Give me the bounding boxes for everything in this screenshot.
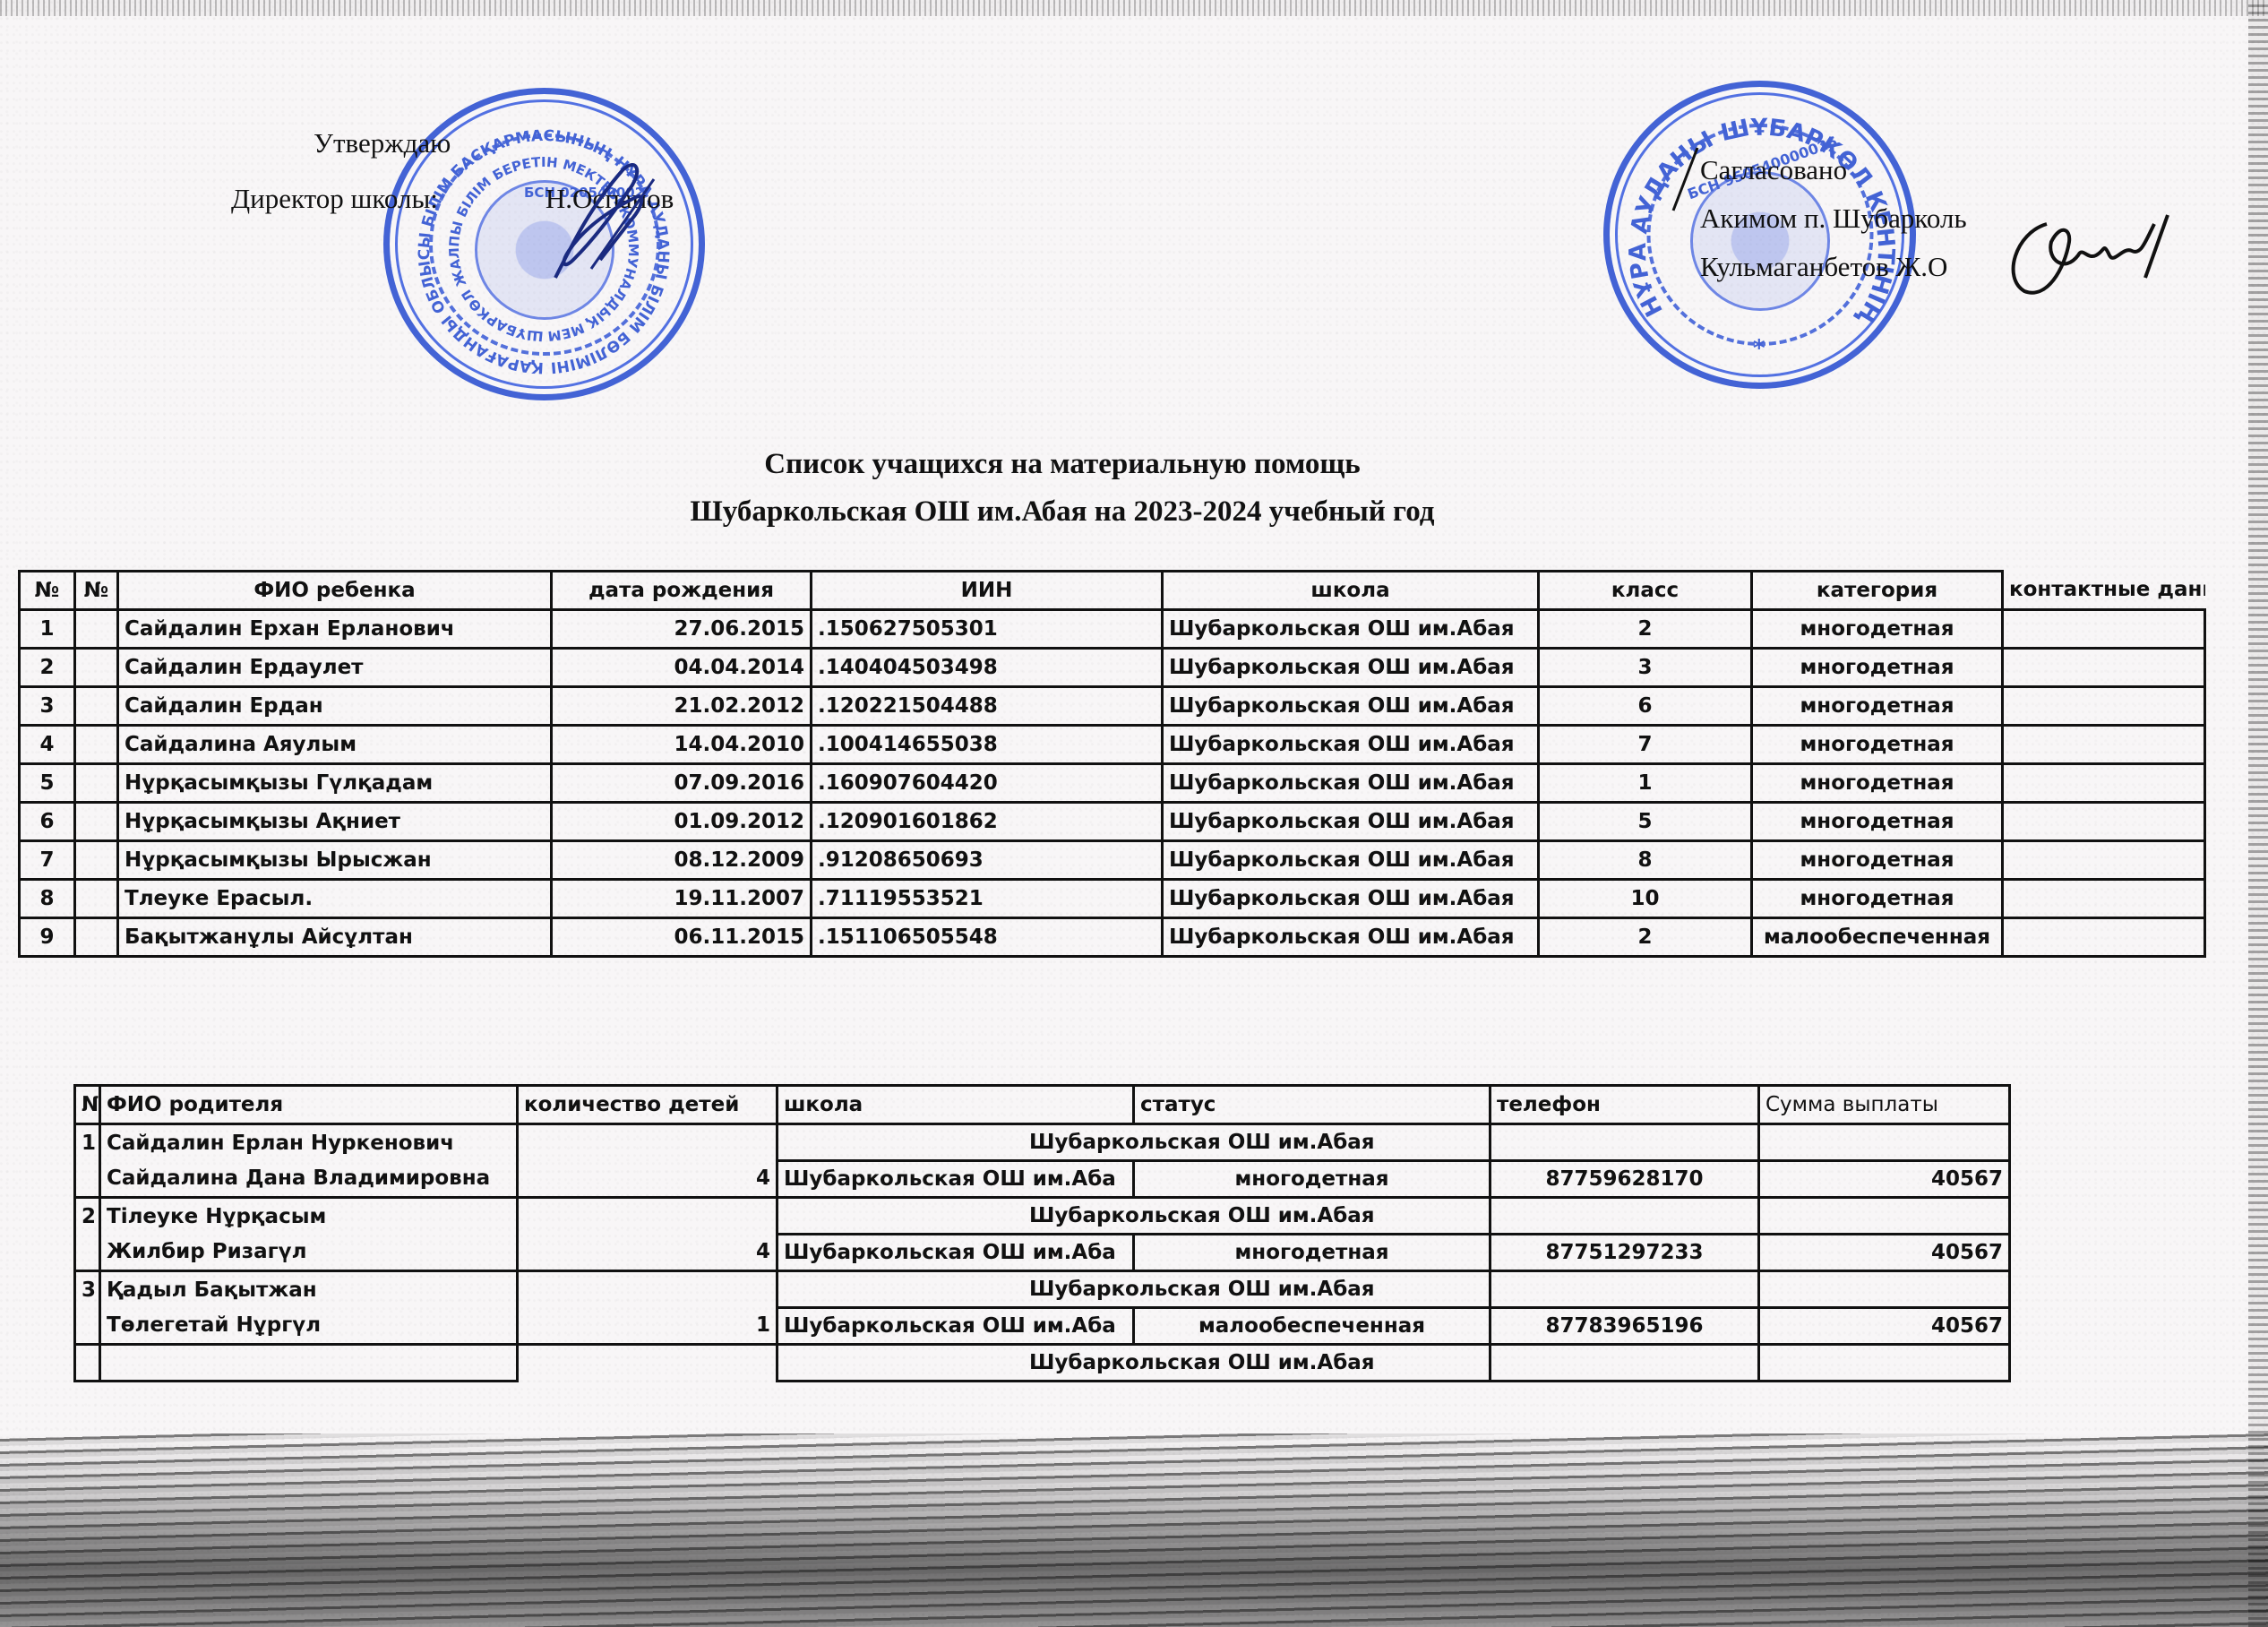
- cell-school: Шубаркольская ОШ им.Абая: [1163, 880, 1539, 918]
- cell-payment-sum: [1759, 1198, 2010, 1235]
- cell-school: Шубаркольская ОШ им.Абая: [777, 1345, 1491, 1382]
- cell-payment-sum: 40567: [1759, 1161, 2010, 1198]
- svg-text:*: *: [1753, 335, 1765, 362]
- akim-signature-icon: [1997, 206, 2186, 305]
- cell-parent-name: Сайдалина Дана Владимировна: [100, 1161, 518, 1198]
- col-status: статус: [1134, 1086, 1491, 1124]
- cell-iin: .160907604420: [812, 764, 1163, 803]
- cell-number-2: [75, 687, 118, 726]
- cell-child-name: Нұрқасымқызы Гүлқадам: [118, 764, 552, 803]
- cell-parent-name: [100, 1345, 518, 1382]
- cell-child-name: Нұрқасымқызы Ақниет: [118, 803, 552, 841]
- cell-parent-name: Жилбир Ризагүл: [100, 1235, 518, 1271]
- cell-children-count: [518, 1198, 777, 1235]
- col-payment-sum: Сумма выплаты: [1759, 1086, 2010, 1124]
- cell-class: 1: [1539, 764, 1752, 803]
- cell-school: Шубаркольская ОШ им.Аба: [777, 1235, 1134, 1271]
- cell-school: Шубаркольская ОШ им.Аба: [777, 1161, 1134, 1198]
- cell-iin: .71119553521: [812, 880, 1163, 918]
- cell-birth-date: 08.12.2009: [552, 841, 812, 880]
- cell-number: 1: [20, 610, 75, 649]
- cell-class: 2: [1539, 918, 1752, 957]
- cell-children-count: 1: [518, 1308, 777, 1345]
- scan-artifact-band: [0, 1433, 2268, 1627]
- cell-contact: [2003, 649, 2205, 687]
- cell-children-count: 4: [518, 1161, 777, 1198]
- cell-school: Шубаркольская ОШ им.Абая: [777, 1271, 1491, 1308]
- cell-child-name: Сайдалин Ердан: [118, 687, 552, 726]
- cell-payment-sum: [1759, 1124, 2010, 1161]
- cell-class: 2: [1539, 610, 1752, 649]
- cell-number: 3: [75, 1271, 100, 1308]
- cell-number: 1: [75, 1124, 100, 1161]
- cell-number-2: [75, 918, 118, 957]
- cell-iin: .120221504488: [812, 687, 1163, 726]
- cell-contact: [2003, 687, 2205, 726]
- akimat-seal-stamp: НҰРА АУДАНЫ ШҰБАРКӨЛ КЕНТІНІҢ ӘКІМІ БСН …: [1603, 81, 1916, 389]
- cell-number-2: [75, 610, 118, 649]
- approve-label: Утверждаю: [314, 127, 451, 159]
- col-class: класс: [1539, 572, 1752, 610]
- cell-school: Шубаркольская ОШ им.Абая: [1163, 610, 1539, 649]
- col-birth-date: дата рождения: [552, 572, 812, 610]
- table-row: 2Тілеуке НұрқасымШубаркольская ОШ им.Аба…: [75, 1198, 2010, 1235]
- cell-class: 7: [1539, 726, 1752, 764]
- students-table-header: № № ФИО ребенка дата рождения ИИН школа …: [20, 572, 2205, 610]
- table-row: 2Сайдалин Ердаулет04.04.2014.14040450349…: [20, 649, 2205, 687]
- table-row: Төлегетай Нұргүл1Шубаркольская ОШ им.Аба…: [75, 1308, 2010, 1345]
- cell-number: 2: [75, 1198, 100, 1235]
- cell-birth-date: 14.04.2010: [552, 726, 812, 764]
- document-subtitle: Шубаркольская ОШ им.Абая на 2023-2024 уч…: [0, 495, 2196, 529]
- table-row: Шубаркольская ОШ им.Абая: [75, 1345, 2010, 1382]
- cell-school: Шубаркольская ОШ им.Абая: [1163, 841, 1539, 880]
- cell-class: 8: [1539, 841, 1752, 880]
- cell-class: 3: [1539, 649, 1752, 687]
- cell-phone: 87759628170: [1491, 1161, 1759, 1198]
- table-row: Сайдалина Дана Владимировна4Шубаркольска…: [75, 1161, 2010, 1198]
- col-phone: телефон: [1491, 1086, 1759, 1124]
- cell-number-2: [75, 649, 118, 687]
- cell-iin: .150627505301: [812, 610, 1163, 649]
- cell-payment-sum: 40567: [1759, 1235, 2010, 1271]
- col-child-name: ФИО ребенка: [118, 572, 552, 610]
- cell-category: многодетная: [1752, 687, 2003, 726]
- table-row: Жилбир Ризагүл4Шубаркольская ОШ им.Абамн…: [75, 1235, 2010, 1271]
- seal-ring-text: НҰРА АУДАНЫ ШҰБАРКӨЛ КЕНТІНІҢ ӘКІМІ БСН …: [1610, 87, 1910, 383]
- cell-children-count: [518, 1124, 777, 1161]
- cell-number: 3: [20, 687, 75, 726]
- cell-child-name: Бақытжанұлы Айсұлтан: [118, 918, 552, 957]
- cell-phone: [1491, 1271, 1759, 1308]
- cell-phone: [1491, 1345, 1759, 1382]
- cell-child-name: Тлеуке Ерасыл.: [118, 880, 552, 918]
- pen-mark-icon: [1666, 143, 1702, 215]
- cell-parent-name: Тілеуке Нұрқасым: [100, 1198, 518, 1235]
- cell-school: Шубаркольская ОШ им.Абая: [1163, 918, 1539, 957]
- cell-birth-date: 21.02.2012: [552, 687, 812, 726]
- cell-number: 5: [20, 764, 75, 803]
- cell-number: 7: [20, 841, 75, 880]
- cell-birth-date: 06.11.2015: [552, 918, 812, 957]
- document-title: Список учащихся на материальную помощь: [0, 448, 2196, 481]
- cell-status: многодетная: [1134, 1161, 1491, 1198]
- cell-phone: 87751297233: [1491, 1235, 1759, 1271]
- col-number: №: [20, 572, 75, 610]
- parents-table: № ФИО родителя количество детей школа ст…: [73, 1084, 2011, 1382]
- cell-contact: [2003, 764, 2205, 803]
- cell-number: 4: [20, 726, 75, 764]
- cell-iin: .140404503498: [812, 649, 1163, 687]
- akim-label: Акимом п. Шубарколь: [1700, 202, 1967, 235]
- col-iin: ИИН: [812, 572, 1163, 610]
- students-table: № № ФИО ребенка дата рождения ИИН школа …: [18, 570, 2206, 958]
- cell-birth-date: 04.04.2014: [552, 649, 812, 687]
- col-children-count: количество детей: [518, 1086, 777, 1124]
- cell-number: 8: [20, 880, 75, 918]
- cell-child-name: Нұрқасымқызы Ырысжан: [118, 841, 552, 880]
- col-number-2: №: [75, 572, 118, 610]
- cell-iin: .120901601862: [812, 803, 1163, 841]
- cell-parent-name: Сайдалин Ерлан Нуркенович: [100, 1124, 518, 1161]
- cell-status: многодетная: [1134, 1235, 1491, 1271]
- cell-category: малообеспеченная: [1752, 918, 2003, 957]
- cell-birth-date: 27.06.2015: [552, 610, 812, 649]
- cell-contact: [2003, 803, 2205, 841]
- cell-number: [75, 1235, 100, 1271]
- table-row: 5Нұрқасымқызы Гүлқадам07.09.2016.1609076…: [20, 764, 2205, 803]
- cell-class: 5: [1539, 803, 1752, 841]
- cell-number-2: [75, 764, 118, 803]
- cell-category: многодетная: [1752, 764, 2003, 803]
- cell-contact: [2003, 610, 2205, 649]
- cell-birth-date: 07.09.2016: [552, 764, 812, 803]
- cell-school: Шубаркольская ОШ им.Абая: [1163, 649, 1539, 687]
- cell-payment-sum: 40567: [1759, 1308, 2010, 1345]
- cell-contact: [2003, 918, 2205, 957]
- cell-iin: .151106505548: [812, 918, 1163, 957]
- cell-contact: [2003, 880, 2205, 918]
- table-row: 9Бақытжанұлы Айсұлтан06.11.2015.15110650…: [20, 918, 2205, 957]
- cell-category: многодетная: [1752, 726, 2003, 764]
- cell-birth-date: 01.09.2012: [552, 803, 812, 841]
- cell-category: многодетная: [1752, 841, 2003, 880]
- table-row: 1Сайдалин Ерхан Ерланович27.06.2015 .150…: [20, 610, 2205, 649]
- cell-status: малообеспеченная: [1134, 1308, 1491, 1345]
- cell-iin: .91208650693: [812, 841, 1163, 880]
- cell-category: многодетная: [1752, 610, 2003, 649]
- cell-child-name: Сайдалина Аяулым: [118, 726, 552, 764]
- table-row: 1Сайдалин Ерлан НуркеновичШубаркольская …: [75, 1124, 2010, 1161]
- cell-category: многодетная: [1752, 803, 2003, 841]
- cell-contact: [2003, 726, 2205, 764]
- director-signature-icon: [537, 152, 672, 287]
- cell-school: Шубаркольская ОШ им.Абая: [1163, 803, 1539, 841]
- cell-number-2: [75, 726, 118, 764]
- cell-class: 10: [1539, 880, 1752, 918]
- cell-school: Шубаркольская ОШ им.Абая: [1163, 726, 1539, 764]
- table-row: 8Тлеуке Ерасыл.19.11.2007.71119553521Шуб…: [20, 880, 2205, 918]
- cell-phone: 87783965196: [1491, 1308, 1759, 1345]
- cell-class: 6: [1539, 687, 1752, 726]
- cell-birth-date: 19.11.2007: [552, 880, 812, 918]
- cell-number: [75, 1161, 100, 1198]
- col-category: категория: [1752, 572, 2003, 610]
- cell-child-name: Сайдалин Ердаулет: [118, 649, 552, 687]
- cell-school: Шубаркольская ОШ им.Абая: [1163, 764, 1539, 803]
- cell-number: [75, 1308, 100, 1345]
- cell-contact: [2003, 841, 2205, 880]
- cell-iin: .100414655038: [812, 726, 1163, 764]
- cell-number: 9: [20, 918, 75, 957]
- scan-edge-top: [0, 0, 2268, 16]
- cell-children-count: 4: [518, 1235, 777, 1271]
- cell-phone: [1491, 1124, 1759, 1161]
- parents-table-header: № ФИО родителя количество детей школа ст…: [75, 1086, 2010, 1124]
- cell-school: Шубаркольская ОШ им.Абая: [1163, 687, 1539, 726]
- cell-payment-sum: [1759, 1271, 2010, 1308]
- cell-number: 2: [20, 649, 75, 687]
- table-row: 6Нұрқасымқызы Ақниет01.09.2012.120901601…: [20, 803, 2205, 841]
- cell-school: Шубаркольская ОШ им.Абая: [777, 1198, 1491, 1235]
- cell-number-2: [75, 880, 118, 918]
- col-school: школа: [1163, 572, 1539, 610]
- table-row: 3Сайдалин Ердан21.02.2012.120221504488Шу…: [20, 687, 2205, 726]
- cell-category: многодетная: [1752, 880, 2003, 918]
- table-row: 7Нұрқасымқызы Ырысжан08.12.2009.91208650…: [20, 841, 2205, 880]
- cell-number: [75, 1345, 100, 1382]
- cell-school: Шубаркольская ОШ им.Абая: [777, 1124, 1491, 1161]
- director-label: Директор школы:: [231, 183, 438, 214]
- cell-payment-sum: [1759, 1345, 2010, 1382]
- agreed-label: Сагласовано: [1700, 154, 1847, 186]
- table-row: 4Сайдалина Аяулым14.04.2010.100414655038…: [20, 726, 2205, 764]
- cell-children-count: [518, 1345, 777, 1382]
- cell-category: многодетная: [1752, 649, 2003, 687]
- akim-name: Кульмаганбетов Ж.О: [1700, 251, 1947, 283]
- table-row: 3Қадыл БақытжанШубаркольская ОШ им.Абая: [75, 1271, 2010, 1308]
- cell-children-count: [518, 1271, 777, 1308]
- cell-school: Шубаркольская ОШ им.Аба: [777, 1308, 1134, 1345]
- cell-number: 6: [20, 803, 75, 841]
- col-school: школа: [777, 1086, 1134, 1124]
- cell-parent-name: Қадыл Бақытжан: [100, 1271, 518, 1308]
- cell-parent-name: Төлегетай Нұргүл: [100, 1308, 518, 1345]
- cell-phone: [1491, 1198, 1759, 1235]
- scan-edge-right: [2248, 0, 2268, 1627]
- cell-number-2: [75, 841, 118, 880]
- cell-number-2: [75, 803, 118, 841]
- cell-child-name: Сайдалин Ерхан Ерланович: [118, 610, 552, 649]
- col-number: №: [75, 1086, 100, 1124]
- col-parent-name: ФИО родителя: [100, 1086, 518, 1124]
- col-contact: контактные данные: [2003, 572, 2205, 610]
